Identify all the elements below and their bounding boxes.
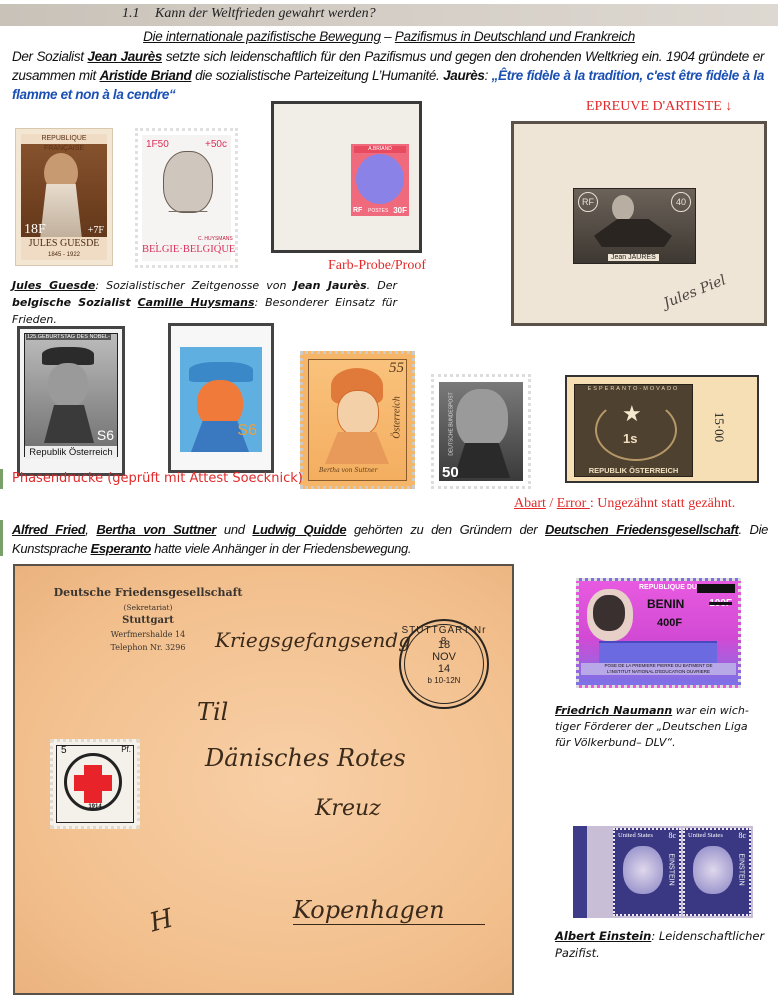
handwriting-initial: H (147, 904, 177, 939)
subtitle-part-2: Pazifismus in Deutschland und Frankreich (395, 29, 635, 44)
handwriting-kopenhagen: Kopenhagen (293, 896, 485, 925)
artist-signature: Jules Piel (661, 272, 728, 311)
section-title-text: Kann der Weltfrieden gewahrt werden? (155, 6, 376, 21)
cover-envelope: Deutsche Friedensgesellschaft (Sekretari… (13, 564, 514, 995)
paragraph-naumann: Friedrich Naumann war ein wich-tiger För… (555, 703, 765, 751)
handwriting-danisches-rotes: Dänisches Rotes (205, 744, 406, 772)
stamp-inscription: ESPERANTO-MOVADO (575, 386, 692, 392)
para-text: , (85, 522, 96, 537)
intro-text: die sozialistische Parteizeitung L’Human… (191, 68, 443, 83)
sender-org: Deutsche Friedensgesellschaft (48, 586, 248, 599)
stamp-jules-guesde: REPUBLIQUE FRANÇAISE 18F +7F JULES GUESD… (15, 128, 113, 266)
stamp-value: S6 (97, 427, 114, 443)
old-value: 100F (709, 598, 732, 609)
proof-rf: RF (578, 192, 598, 212)
stamp-name: JULES GUESDE (21, 237, 107, 250)
para-text: . Der (367, 279, 397, 292)
separator: / (546, 496, 557, 511)
esperanto-star-icon: ★ (622, 401, 642, 427)
intro-name-jaures: Jean Jaurès (87, 49, 162, 64)
stamp-value: 8c (668, 831, 676, 840)
proof-name: Jean JAURÉS (608, 254, 659, 261)
caption-phasendrucke: Phasendrucke (geprüft mit Attest Soeckni… (12, 471, 303, 486)
stamp-inscription: 125.GEBURTSTAG DES NOBEL- (26, 334, 111, 340)
stamp-value: S6 (237, 422, 257, 440)
para-text: gehörten zu den Gründern der (346, 522, 545, 537)
paragraph-friedensgesellschaft: Alfred Fried, Bertha von Suttner und Lud… (12, 520, 768, 558)
section-title: 1.1 Kann der Weltfrieden gewahrt werden? (122, 6, 376, 22)
stamp-alfred-fried-phase-gray: 125.GEBURTSTAG DES NOBEL- S6 Republik Ös… (17, 326, 125, 476)
name-bertha-von-suttner: Bertha von Suttner (96, 522, 216, 537)
stamp-country: DEUTSCHE BUNDESPOST (449, 392, 455, 455)
stamp-country: REPUBLIQUE DU (639, 584, 697, 591)
proof-name: A.BRIAND (354, 146, 406, 153)
proof-postes: POSTES (368, 208, 388, 214)
postmark-year: 14 (401, 663, 487, 675)
postmark-month: NOV (401, 651, 487, 663)
overprint-benin: BENIN (647, 597, 684, 611)
name-esperanto: Esperanto (91, 541, 151, 556)
margin-value: 15·00 (711, 412, 727, 442)
name-alfred-fried: Alfred Fried (12, 522, 85, 537)
name-friedrich-naumann: Friedrich Naumann (555, 704, 672, 717)
proof-value: 30F (393, 206, 407, 215)
abart-label: Abart (514, 496, 546, 511)
postmark-day: 18 (401, 639, 487, 651)
stamp-surcharge: +50c (205, 139, 227, 150)
postmark-stuttgart: STUTTGART Nr 8 18 NOV 14 b 10-12N (399, 619, 489, 709)
intro-name-briand: Aristide Briand (100, 68, 192, 83)
intro-paragraph: Der Sozialist Jean Jaurès setzte sich le… (12, 47, 764, 104)
stamp-esperanto-imperforate: ESPERANTO-MOVADO ★ 1s REPUBLIK ÖSTERREIC… (565, 375, 759, 483)
stamp-country: Österreich (391, 396, 402, 438)
paragraph-guesde-huysmans: Jules Guesde: Sozialistischer Zeitgenoss… (12, 277, 397, 328)
stamp-country: United States (688, 832, 723, 839)
stamp-value: 8c (738, 831, 746, 840)
stamp-country: United States (618, 832, 653, 839)
caption-abart-error: Abart / Error : Ungezähnt statt gezähnt. (514, 496, 735, 512)
proof-aristide-briand: A.BRIAND RF POSTES 30F (271, 101, 422, 253)
para-text: : Sozialistischer Zeitgenosse von (95, 279, 293, 292)
stamp-ludwig-quidde: DEUTSCHE BUNDESPOST 50 (431, 374, 531, 489)
para2-marker (0, 520, 3, 556)
handwriting-kreuz: Kreuz (315, 796, 381, 821)
stamp-name: EINSTEIN (737, 853, 744, 885)
red-cross-seal: 5 Pf. 1914 (50, 739, 140, 829)
intro-name-jaures-quote: Jaurès (443, 68, 484, 83)
stamp-signature: Bertha von Suttner (319, 467, 377, 474)
stamp-signature: C. HUYSMANS (198, 236, 233, 242)
error-text: : Ungezähnt statt gezähnt. (590, 496, 735, 511)
subtitle-part-1: Die internationale pazifistische Bewegun… (143, 29, 381, 44)
overprint-bar (697, 584, 735, 593)
stamp-albert-einstein-pair: United States 8c EINSTEIN United States … (573, 826, 753, 918)
belgian-socialist: belgische Sozialist (12, 296, 131, 309)
name-albert-einstein: Albert Einstein (555, 929, 651, 943)
name-jean-jaures: Jean Jaurès (294, 279, 367, 292)
name-jules-guesde: Jules Guesde (12, 279, 95, 292)
stamp-years: 1845 - 1922 (21, 250, 107, 260)
stamp-country: REPUBLIQUE FRANÇAISE (21, 134, 107, 144)
para-text (131, 296, 138, 309)
proof-rf: RF (353, 207, 362, 214)
intro-text: : (485, 68, 492, 83)
stamp-surcharge: +7F (88, 225, 104, 236)
phasen-marker (0, 469, 3, 489)
seal-value: 5 (61, 745, 67, 756)
caption-epreuve-artiste: EPREUVE D'ARTISTE ↓ (586, 99, 732, 115)
section-title-bar (0, 4, 778, 26)
intro-text: Der Sozialist (12, 49, 87, 64)
stamp-name: EINSTEIN (667, 853, 674, 885)
handwriting-kriegsgefangenensendung: Kriegsgefangsendg (215, 628, 411, 652)
new-value: 400F (657, 617, 682, 629)
handwriting-til: Til (197, 698, 228, 726)
error-label: Error (557, 496, 590, 511)
postmark-time: b 10-12N (401, 675, 487, 687)
stamp-value: 1s (623, 431, 637, 446)
name-camille-huysmans: Camille Huysmans (138, 296, 255, 309)
stamp-value: 55 (389, 360, 404, 377)
proof-value: 40 (671, 192, 691, 212)
proof-jean-jaures: RF 40 Jean JAURÉS Jules Piel (511, 121, 767, 326)
seal-year: 1914 (53, 804, 137, 810)
stamp-value: 50 (442, 464, 459, 481)
stamp-value: 18F (24, 222, 46, 238)
sender-dept: (Sekretariat) (48, 603, 248, 612)
name-deutsche-friedensgesellschaft: Deutschen Friedensgesellschaft (545, 522, 738, 537)
stamp-text-line2: L'INSTITUT NATIONAL D'EDUCATION OUVRIERE (581, 669, 736, 675)
stamp-alfred-fried-phase-color: S6 (168, 323, 274, 473)
stamp-camille-huysmans: 1F50 +50c C. HUYSMANS BELGIE·BELGIQUE (135, 128, 238, 268)
para-text: und (216, 522, 252, 537)
section-number: 1.1 (122, 6, 140, 21)
name-ludwig-quidde: Ludwig Quidde (252, 522, 346, 537)
stamp-friedrich-naumann-benin: REPUBLIQUE DU BENIN 100F 400F POSE DE LA… (576, 578, 741, 688)
stamp-country: REPUBLIK ÖSTERREICH (575, 466, 692, 475)
sender-city: Stuttgart (48, 615, 248, 626)
caption-farb-probe: Farb-Probe/Proof (328, 258, 426, 274)
paragraph-einstein: Albert Einstein: Leidenschaftlicher Pazi… (555, 928, 767, 962)
stamp-value: 1F50 (146, 139, 169, 150)
para-text: hatte viele Anhänger in der Friedensbewe… (151, 541, 411, 556)
stamp-bertha-von-suttner: 55 Österreich Bertha von Suttner (300, 351, 415, 489)
seal-unit: Pf. (121, 745, 131, 754)
page-subtitle: Die internationale pazifistische Bewegun… (0, 29, 778, 44)
stamp-country: BELGIE·BELGIQUE (142, 244, 231, 255)
stamp-country: Republik Österreich (25, 446, 117, 459)
subtitle-separator: – (381, 29, 395, 44)
